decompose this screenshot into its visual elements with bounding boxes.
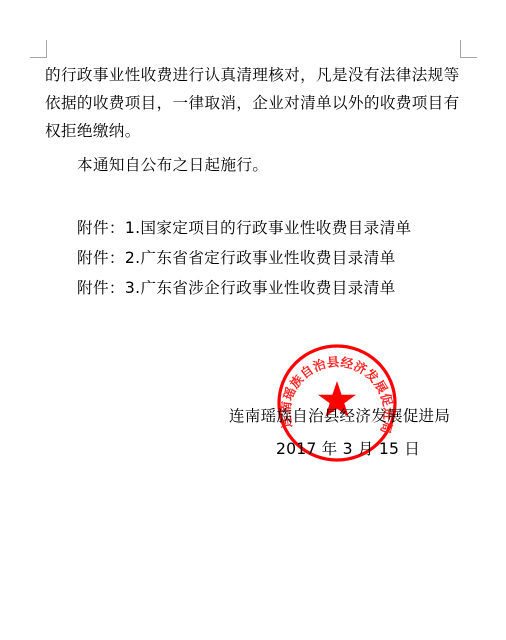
body-line-1: 的行政事业性收费进行认真清理核对，凡是没有法律法规等 xyxy=(45,67,460,83)
issue-date: 2017 年 3 月 15 日 xyxy=(276,441,420,457)
issuer-name: 连南瑶族自治县经济发展促进局 xyxy=(229,408,450,424)
document-page: 的行政事业性收费进行认真清理核对，凡是没有法律法规等 依据的收费项目，一律取消，… xyxy=(0,0,506,640)
body-line-3: 权拒绝缴纳。 xyxy=(45,123,141,139)
attachment-1: 附件：1.国家定项目的行政事业性收费目录清单 xyxy=(77,220,411,236)
attachment-3: 附件：3.广东省涉企行政事业性收费目录清单 xyxy=(77,280,396,296)
top-left-margin-mark xyxy=(30,40,47,58)
body-line-2: 依据的收费项目，一律取消，企业对清单以外的收费项目有 xyxy=(45,95,460,111)
attachment-2: 附件：2.广东省省定行政事业性收费目录清单 xyxy=(77,250,396,266)
top-right-margin-mark xyxy=(460,40,477,58)
effective-notice: 本通知自公布之日起施行。 xyxy=(77,157,268,173)
